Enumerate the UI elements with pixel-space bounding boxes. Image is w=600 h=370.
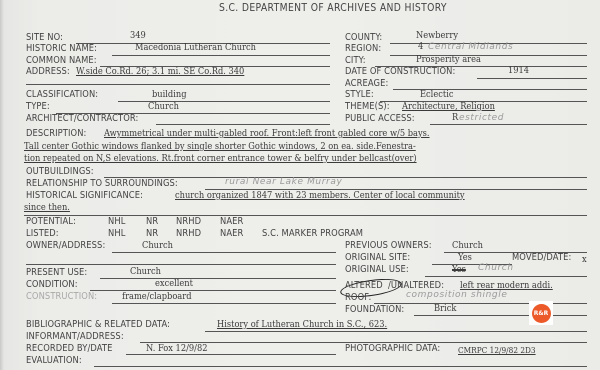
public-access-value: R [452, 113, 458, 123]
address-value: W.side Co.Rd. 26; 3.1 mi. SE Co.Rd. 340 [76, 67, 244, 77]
historic-name-value: Macedonia Lutheran Church [135, 43, 256, 53]
themes-value: Architecture, Religion [402, 102, 495, 112]
construction-line [112, 303, 336, 304]
significance-line-1: church organized 1847 with 23 members. C… [175, 191, 465, 201]
rr-logo-icon: R&R [532, 304, 551, 323]
historic-name-line [112, 55, 330, 56]
owner-value: Church [142, 241, 173, 251]
listed-nr[interactable]: NR [146, 228, 158, 239]
original-use-struck: Yes [452, 265, 466, 275]
relationship-line [205, 189, 587, 190]
foundation-label: FOUNDATION: [345, 304, 404, 315]
roof-line [374, 303, 587, 304]
description-label: DESCRIPTION: [26, 128, 86, 139]
altered-label[interactable]: ALTERED [345, 280, 383, 291]
site-no-label: SITE NO: [26, 32, 63, 43]
style-value: Eclectic [420, 90, 453, 100]
informant-label: INFORMANT/ADDRESS: [26, 331, 124, 342]
region-handwritten: Central Midlands [428, 42, 513, 52]
owner-label: OWNER/ADDRESS: [26, 240, 105, 251]
description-line-3: tion repeated on N,S elevations. Rt.fron… [24, 154, 417, 164]
acreage-label: ACREAGE: [345, 78, 388, 89]
relationship-handwritten: rural Near Lake Murray [225, 177, 342, 187]
potential-nrhd[interactable]: NRHD [176, 216, 201, 227]
condition-value: excellent [155, 279, 193, 289]
moved-date-value: x [582, 255, 587, 265]
county-value: Newberry [416, 31, 458, 41]
rr-logo: R&R [529, 301, 553, 325]
evaluation-line [94, 366, 587, 367]
potential-nhl[interactable]: NHL [108, 216, 125, 227]
photographic-data-label: PHOTOGRAPHIC DATA: [345, 343, 440, 354]
recorded-by-value: N. Fox 12/9/82 [146, 344, 207, 354]
themes-label: THEME(S): [345, 101, 390, 112]
evaluation-label: EVALUATION: [26, 355, 82, 366]
listed-naer[interactable]: NAER [220, 228, 243, 239]
site-no-value: 349 [130, 31, 146, 41]
public-access-label: PUBLIC ACCESS: [345, 113, 415, 124]
region-value: 4 [418, 42, 423, 52]
address-label: ADDRESS: [26, 66, 70, 77]
photographic-data-value: CMRPC 12/9/82 2D3 [458, 346, 536, 355]
description-line-1: Awymmetrical under multi-gabled roof. Fr… [104, 129, 430, 139]
owner-line [112, 252, 336, 253]
architect-label: ARCHITECT/CONTRACTOR: [26, 113, 138, 124]
bibliographic-line [205, 331, 587, 332]
sc-marker-program[interactable]: S.C. MARKER PROGRAM [262, 228, 363, 239]
original-use-line [425, 276, 587, 277]
public-access-line [430, 124, 587, 125]
recorded-by-label: RECORDED BY/DATE [26, 343, 113, 354]
classification-value: building [152, 90, 187, 100]
previous-owners-value: Church [452, 241, 483, 251]
potential-nr[interactable]: NR [146, 216, 158, 227]
form-title: S.C. DEPARTMENT OF ARCHIVES AND HISTORY [219, 2, 447, 14]
city-value: Prosperity area [416, 55, 481, 65]
roof-handwritten: composition shingle [406, 290, 507, 300]
condition-line [90, 290, 336, 291]
significance-line-2: since then. [24, 203, 70, 213]
significance-label: HISTORICAL SIGNIFICANCE: [26, 190, 143, 201]
date-of-construction-label: DATE OF CONSTRUCTION: [345, 66, 455, 77]
survey-form-page: S.C. DEPARTMENT OF ARCHIVES AND HISTORY … [0, 0, 600, 370]
historic-name-label: HISTORIC NAME: [26, 43, 97, 54]
original-site-value: Yes [458, 253, 472, 263]
date-of-construction-value: 1914 [508, 66, 529, 76]
city-label: CITY: [345, 55, 366, 66]
moved-date-label: MOVED/DATE: [512, 252, 571, 263]
region-label: REGION: [345, 43, 381, 54]
bibliographic-label: BIBLIOGRAPHIC & RELATED DATA: [26, 319, 170, 330]
bibliographic-value: History of Lutheran Church in S.C., 623. [217, 320, 387, 330]
original-site-label: ORIGINAL SITE: [345, 252, 410, 263]
description-line-2: Tall center Gothic windows flanked by si… [24, 142, 416, 152]
date-line [477, 78, 587, 79]
type-value: Church [148, 102, 179, 112]
common-name-label: COMMON NAME: [26, 55, 97, 66]
classification-label: CLASSIFICATION: [26, 89, 98, 100]
construction-label: CONSTRUCTION: [26, 291, 97, 302]
construction-value: frame/clapboard [122, 292, 192, 302]
original-use-handwritten: Church [478, 263, 514, 273]
potential-naer[interactable]: NAER [220, 216, 243, 227]
listed-label: LISTED: [26, 228, 59, 239]
roof-label: ROOF: [345, 292, 371, 303]
present-use-line [100, 278, 336, 279]
previous-owners-label: PREVIOUS OWNERS: [345, 240, 432, 251]
address-line-2 [26, 84, 330, 85]
style-label: STYLE: [345, 89, 374, 100]
relationship-label: RELATIONSHIP TO SURROUNDINGS: [26, 178, 178, 189]
recorded-by-line [126, 354, 336, 355]
foundation-line [414, 315, 587, 316]
present-use-label: PRESENT USE: [26, 267, 87, 278]
listed-nhl[interactable]: NHL [108, 228, 125, 239]
potential-label: POTENTIAL: [26, 216, 76, 227]
type-label: TYPE: [26, 101, 50, 112]
condition-label: CONDITION: [26, 279, 78, 290]
original-use-label: ORIGINAL USE: [345, 264, 409, 275]
listed-nrhd[interactable]: NRHD [176, 228, 201, 239]
present-use-value: Church [130, 267, 161, 277]
county-label: COUNTY: [345, 32, 382, 43]
outbuildings-label: OUTBUILDINGS: [26, 166, 94, 177]
public-access-handwritten: estricted [459, 113, 504, 123]
owner-line-2 [26, 264, 336, 265]
architect-line [156, 124, 330, 125]
foundation-value: Brick [434, 304, 456, 314]
